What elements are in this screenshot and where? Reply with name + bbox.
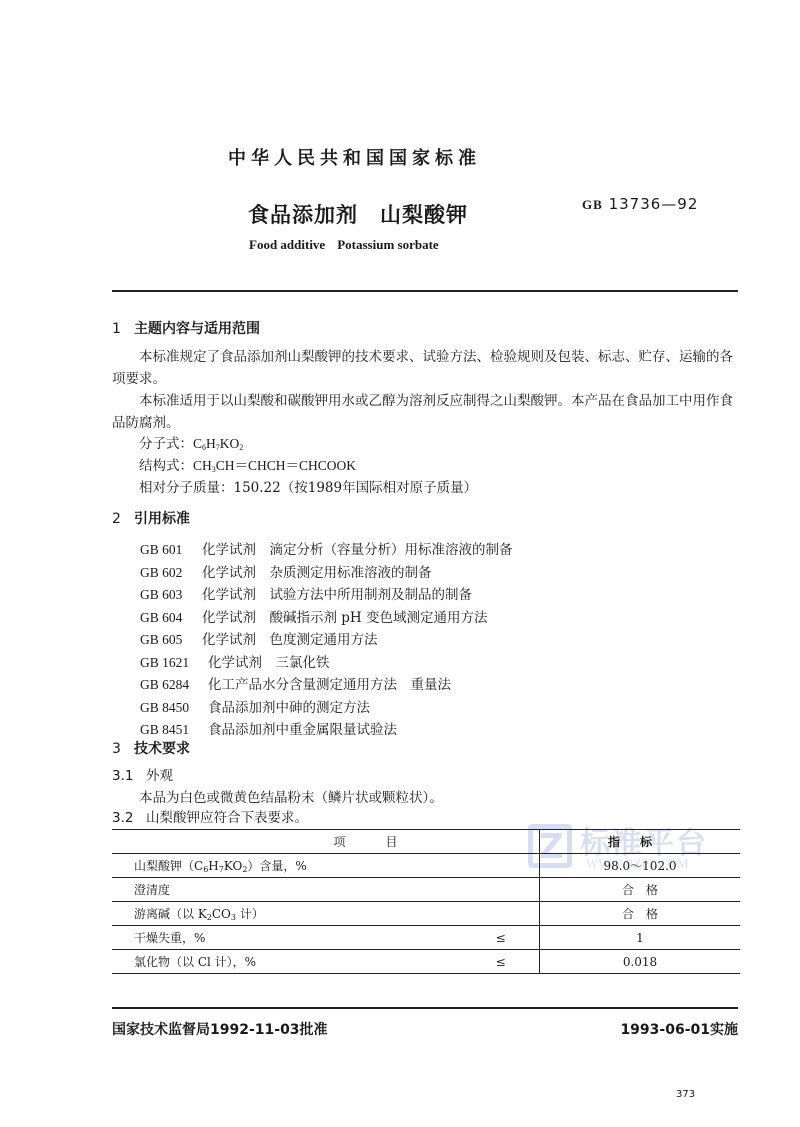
reference-code: GB 8451: [140, 722, 208, 738]
reference-item: GB 8451食品添加剂中重金属限量试验法: [140, 718, 513, 741]
table-row: 游离碱（以 K2CO3 计） 合 格: [112, 902, 740, 926]
section-1-title: 主题内容与适用范围: [134, 321, 260, 337]
row-value: 0.018: [540, 950, 741, 974]
section-2-title: 引用标准: [134, 511, 190, 527]
reference-code: GB 8450: [140, 700, 208, 716]
title-cn-part2: 山梨酸钾: [380, 203, 468, 227]
reference-code: GB 1621: [140, 655, 208, 671]
title-cn-part1: 食品添加剂: [248, 203, 358, 227]
reference-code: GB 601: [140, 542, 202, 558]
national-standard-heading: 中华人民共和国国家标准: [228, 144, 481, 170]
row-item: 氯化物（以 Cl 计），%: [112, 950, 462, 974]
row-operator: ≤: [462, 926, 539, 950]
table-row: 干燥失重，% ≤ 1: [112, 926, 740, 950]
mass-value: 150.22（按1989年国际相对原子质量）: [234, 480, 478, 496]
row-operator: [462, 854, 539, 878]
section-1-heading: 1主题内容与适用范围: [112, 318, 260, 338]
reference-title: 化学试剂 试验方法中所用制剂及制品的制备: [202, 587, 472, 603]
reference-item: GB 605化学试剂 色度测定通用方法: [140, 628, 513, 651]
reference-code: GB 6284: [140, 677, 208, 693]
mass-label: 相对分子质量：: [139, 480, 234, 496]
document-title-en: Food additivePotassium sorbate: [249, 237, 439, 253]
code-number: 13736—92: [609, 195, 699, 213]
section-1-number: 1: [112, 321, 134, 337]
reference-title: 化学试剂 色度测定通用方法: [202, 632, 378, 648]
code-prefix: GB: [582, 197, 603, 212]
structure-label: 结构式：: [139, 458, 193, 474]
spec-table: 项目 指标 山梨酸钾（C6H7KO2）含量，% 98.0～102.0 澄清度 合…: [112, 829, 740, 974]
structure-value: CH3CH＝CHCH＝CHCOOK: [193, 458, 356, 473]
row-item: 游离碱（以 K2CO3 计）: [112, 902, 462, 926]
footer-divider: [112, 1007, 738, 1009]
table-row: 山梨酸钾（C6H7KO2）含量，% 98.0～102.0: [112, 854, 740, 878]
row-value: 98.0～102.0: [540, 854, 741, 878]
section-3-title: 技术要求: [134, 741, 190, 757]
header-value: 指标: [540, 830, 741, 854]
reference-code: GB 603: [140, 587, 202, 603]
reference-title: 化学试剂 三氯化铁: [208, 655, 330, 671]
section-3-number: 3: [112, 741, 134, 757]
title-en-part1: Food additive: [249, 237, 325, 252]
section-1-para-1: 本标准规定了食品添加剂山梨酸钾的技术要求、试验方法、检验规则及包装、标志、贮存、…: [112, 346, 740, 390]
header-divider: [112, 290, 738, 292]
row-operator: [462, 878, 539, 902]
subsection-3-1-heading: 3.1外观: [112, 765, 173, 787]
document-title-cn: 食品添加剂山梨酸钾: [248, 199, 468, 229]
molecular-mass: 相对分子质量：150.22（按1989年国际相对原子质量）: [139, 477, 477, 499]
subsection-3-1-number: 3.1: [112, 765, 146, 787]
reference-code: GB 605: [140, 632, 202, 648]
table-header-row: 项目 指标: [112, 830, 740, 854]
reference-code: GB 602: [140, 565, 202, 581]
reference-item: GB 6284化工产品水分含量测定通用方法 重量法: [140, 673, 513, 696]
section-2-number: 2: [112, 511, 134, 527]
title-en-part2: Potassium sorbate: [337, 237, 438, 252]
approval-date: 国家技术监督局1992-11-03批准: [112, 1019, 328, 1039]
row-value: 合 格: [540, 878, 741, 902]
header-item: 项目: [112, 830, 540, 854]
formula-label: 分子式：: [139, 436, 193, 452]
row-operator: [462, 902, 539, 926]
effective-date: 1993-06-01实施: [620, 1019, 738, 1039]
subsection-3-1-title: 外观: [146, 768, 173, 784]
reference-item: GB 603化学试剂 试验方法中所用制剂及制品的制备: [140, 583, 513, 606]
row-item: 山梨酸钾（C6H7KO2）含量，%: [112, 854, 462, 878]
page-number: 373: [676, 1089, 695, 1100]
reference-code: GB 604: [140, 610, 202, 626]
reference-item: GB 604化学试剂 酸碱指示剂 pH 变色域测定通用方法: [140, 606, 513, 629]
subsection-3-1-text: 本品为白色或微黄色结晶粉末（鳞片状或颗粒状）。: [139, 787, 443, 809]
subsection-3-2-heading: 3.2山梨酸钾应符合下表要求。: [112, 807, 308, 829]
section-1-para-2: 本标准适用于以山梨酸和碳酸钾用水或乙醇为溶剂反应制得之山梨酸钾。本产品在食品加工…: [112, 390, 740, 434]
reference-title: 食品添加剂中重金属限量试验法: [208, 722, 397, 738]
subsection-3-2-text: 山梨酸钾应符合下表要求。: [146, 810, 308, 826]
reference-title: 化学试剂 酸碱指示剂 pH 变色域测定通用方法: [202, 610, 488, 626]
row-item: 干燥失重，%: [112, 926, 462, 950]
subsection-3-2-number: 3.2: [112, 807, 146, 829]
reference-item: GB 602化学试剂 杂质测定用标准溶液的制备: [140, 561, 513, 584]
row-value: 合 格: [540, 902, 741, 926]
section-3-heading: 3技术要求: [112, 738, 190, 758]
reference-title: 化学试剂 滴定分析（容量分析）用标准溶液的制备: [202, 542, 513, 558]
reference-title: 食品添加剂中砷的测定方法: [208, 700, 370, 716]
row-value: 1: [540, 926, 741, 950]
section-2-heading: 2引用标准: [112, 508, 190, 528]
reference-item: GB 601化学试剂 滴定分析（容量分析）用标准溶液的制备: [140, 538, 513, 561]
row-item: 澄清度: [112, 878, 462, 902]
table-row: 澄清度 合 格: [112, 878, 740, 902]
standard-code: GB 13736—92: [582, 195, 698, 213]
reference-title: 化学试剂 杂质测定用标准溶液的制备: [202, 565, 432, 581]
reference-item: GB 8450食品添加剂中砷的测定方法: [140, 696, 513, 719]
table-row: 氯化物（以 Cl 计），% ≤ 0.018: [112, 950, 740, 974]
reference-list: GB 601化学试剂 滴定分析（容量分析）用标准溶液的制备 GB 602化学试剂…: [140, 538, 513, 741]
reference-item: GB 1621化学试剂 三氯化铁: [140, 651, 513, 674]
reference-title: 化工产品水分含量测定通用方法 重量法: [208, 677, 451, 693]
row-operator: ≤: [462, 950, 539, 974]
formula-value: C6H7KO2: [193, 436, 243, 451]
